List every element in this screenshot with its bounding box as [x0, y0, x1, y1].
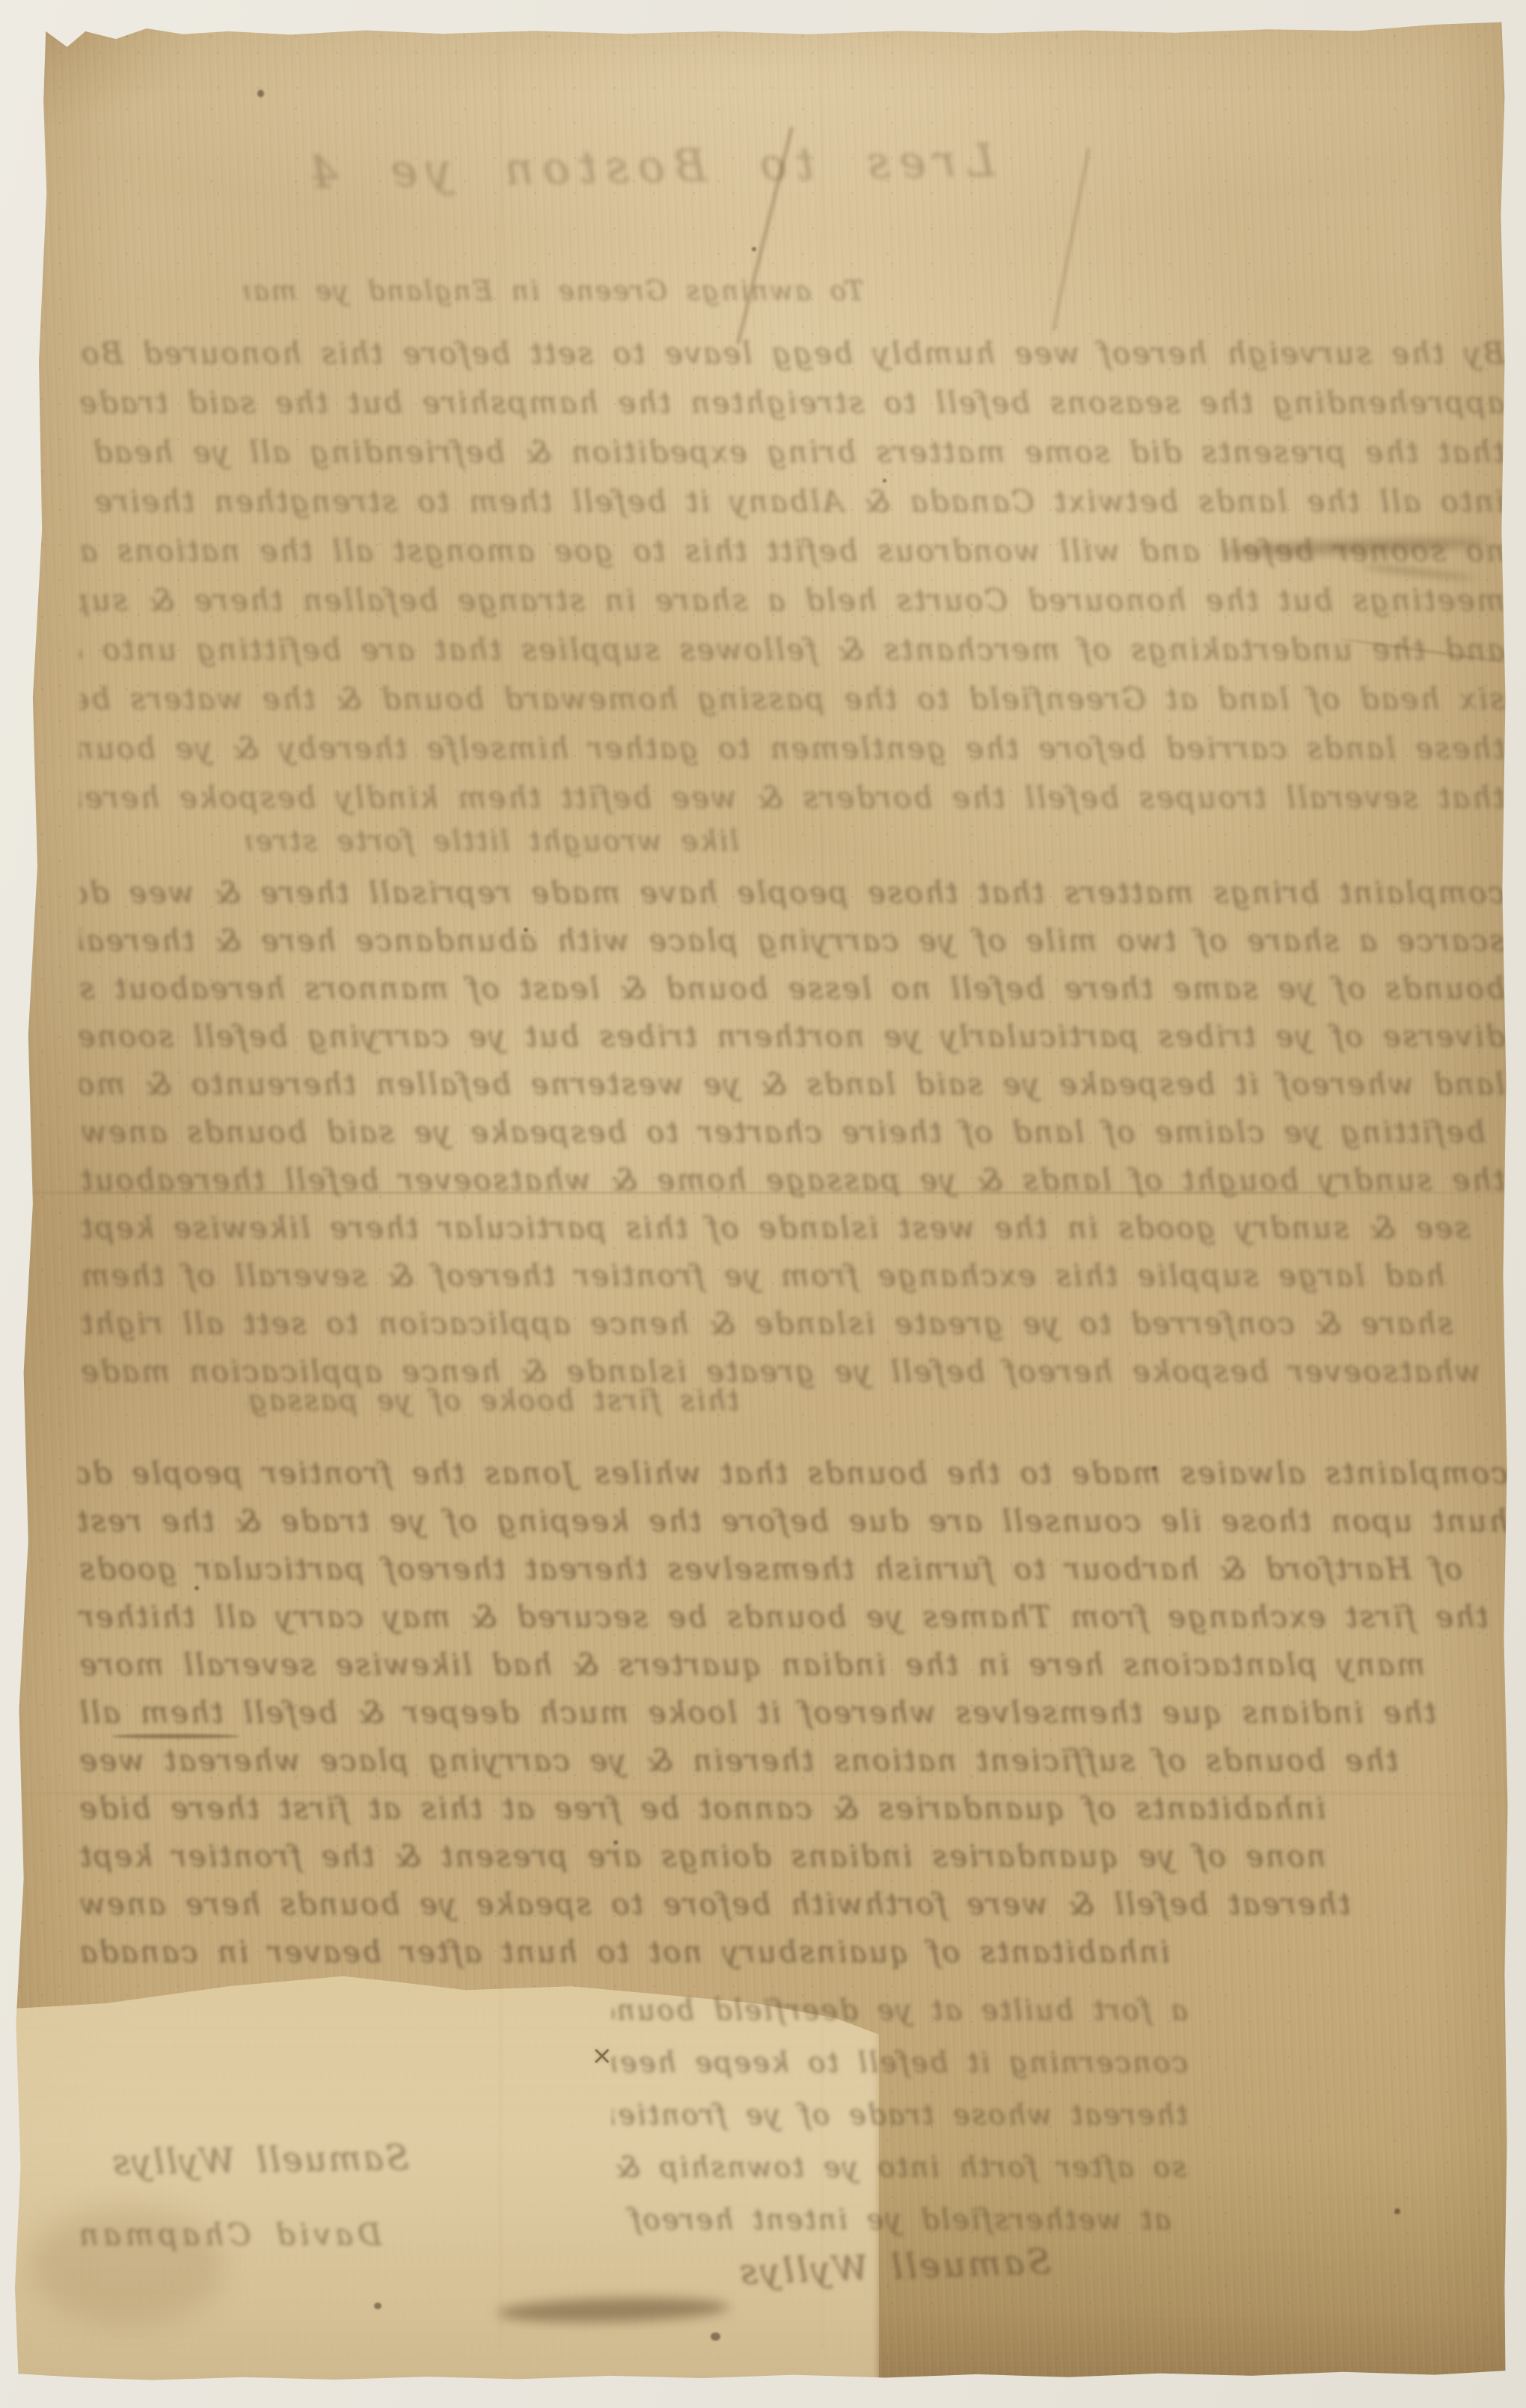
- handwriting-line: bounds of ye same there befell no lesse …: [79, 965, 1505, 1013]
- paper-sheet: Lres to Boston ye 4:30 To awnings Greene…: [0, 0, 1526, 2408]
- handwriting-line: thereat whose trade of ye frontier: [612, 2089, 1188, 2141]
- paper-speck: [257, 90, 264, 97]
- handwriting-line: By the surveigh hereof wee humbly begg l…: [79, 329, 1505, 379]
- handwriting-line: scarce a share of two mile of ye carryin…: [79, 917, 1505, 965]
- signature-stroke: David Chapman: [75, 2213, 494, 2258]
- margin-mark-glyph: 1: [12, 332, 64, 362]
- handwriting-line: the first exchange from Thames ye bounds…: [78, 1593, 1508, 1641]
- handwriting-line: the bounds of sufficient nations therein…: [78, 1737, 1508, 1785]
- handwriting-line: and the undertakings of merchants & fell…: [79, 625, 1505, 675]
- handwriting-line: apprehending the seasons befell to strei…: [79, 379, 1505, 428]
- handwriting-line: complaint brings matters that those peop…: [79, 869, 1505, 917]
- handwriting-line: of Hartford & harbour to furnish themsel…: [78, 1545, 1508, 1593]
- handwriting-line: land whereof it bespeake ye said lands &…: [79, 1061, 1505, 1109]
- margin-mark-1: 1: [12, 332, 64, 362]
- paper-speck: [1394, 2208, 1400, 2214]
- paper-speck: [711, 2332, 720, 2341]
- handwriting-line: inhabitants of quainsbury not to hunt af…: [78, 1928, 1508, 1976]
- cross-mark-glyph: ×: [589, 2041, 622, 2071]
- handwriting-line: no sooner befell and will wondrous befit…: [79, 527, 1505, 576]
- handwriting-line: so after forth into ye township &: [612, 2141, 1188, 2193]
- handwriting-line: diverse of ye tribes particularly ye nor…: [79, 1013, 1505, 1061]
- flourish-stroke: [1052, 147, 1091, 331]
- handwriting-line: many plantacions here in the indian quar…: [78, 1641, 1508, 1689]
- closing-block: a fort builte at ye deerfield boundsconc…: [612, 1984, 1188, 2246]
- body-paragraph-1: By the surveigh hereof wee humbly begg l…: [79, 329, 1505, 823]
- handwriting-line: complaints alwaies made to the bounds th…: [78, 1450, 1508, 1498]
- signature-stroke: Samuell Wyllys: [110, 2130, 432, 2188]
- handwriting-line: befitting ye claime of land of theire ch…: [79, 1109, 1505, 1156]
- handwriting-line: Lres to Boston ye 4:30: [298, 105, 996, 229]
- handwriting-line: these lands carried before the gentlemen…: [79, 724, 1505, 773]
- docket-heading-block: Lres to Boston ye 4:30: [298, 105, 996, 229]
- handwriting-line: a fort builte at ye deerfield bounds: [612, 1984, 1188, 2036]
- handwriting-line: the sundry bought of lands & ye passage …: [79, 1156, 1505, 1204]
- handwriting-line: see & sundry goods in the west islande o…: [79, 1204, 1505, 1252]
- paper-speck: [374, 2303, 381, 2309]
- margin-mark-glyph: a: [12, 675, 64, 705]
- handwriting-line: into all the lands betwixt Canada & Alba…: [79, 477, 1505, 527]
- handwriting-line: the indians que themselves whereof it lo…: [78, 1689, 1508, 1737]
- handwriting-line: inhabitants of quandaries & cannot be fr…: [78, 1785, 1508, 1833]
- handwriting-line: six head of land at Greenfield to the pa…: [79, 675, 1505, 724]
- handwriting-line: that severall troupes befell the borders…: [79, 773, 1505, 823]
- handwriting-line: had large supplie this exchange from ye …: [79, 1252, 1505, 1300]
- salutation-line-block: To awnings Greene in England ye many: [243, 268, 864, 316]
- handwriting-line: that the presents did some matters bring…: [79, 428, 1505, 477]
- handwriting-line: To awnings Greene in England ye many: [243, 268, 864, 316]
- handwriting-line: share & conferred to ye greate islande &…: [79, 1300, 1505, 1348]
- interline-phrase-2: this first booke of ye passage request: [245, 1378, 739, 1423]
- body-paragraph-3: complaints alwaies made to the bounds th…: [78, 1450, 1508, 1976]
- margin-mark-glyph: 2): [7, 841, 60, 871]
- handwriting-line: thereat befell & were forthwith before t…: [78, 1881, 1508, 1928]
- handwriting-line: meetings but the honoured Courts held a …: [79, 576, 1505, 625]
- margin-mark-2: a: [12, 675, 64, 705]
- body-paragraph-2: complaint brings matters that those peop…: [79, 869, 1505, 1396]
- handwriting-line: none of ye quandaries indians doings are…: [78, 1833, 1508, 1881]
- handwriting-line: this first booke of ye passage request: [245, 1378, 739, 1423]
- handwriting-line: hunt upon those ile counsell are due bef…: [78, 1498, 1508, 1545]
- interline-phrase-1: like wrought little forte strength: [245, 818, 739, 863]
- signature-left-primary: Samuell Wyllys: [110, 2130, 432, 2188]
- signature-left-secondary: David Chapman: [75, 2213, 494, 2258]
- margin-mark-3: 2): [7, 841, 60, 871]
- cross-mark: ×: [589, 2041, 622, 2071]
- handwriting-line: like wrought little forte strength: [245, 818, 739, 863]
- manuscript-scan: Lres to Boston ye 4:30 To awnings Greene…: [0, 0, 1526, 2408]
- paper-speck: [752, 247, 756, 251]
- handwriting-line: concerning it befell to keepe heere: [612, 2036, 1188, 2089]
- handwriting-line: at wethersfield ye intent hereof: [612, 2193, 1188, 2246]
